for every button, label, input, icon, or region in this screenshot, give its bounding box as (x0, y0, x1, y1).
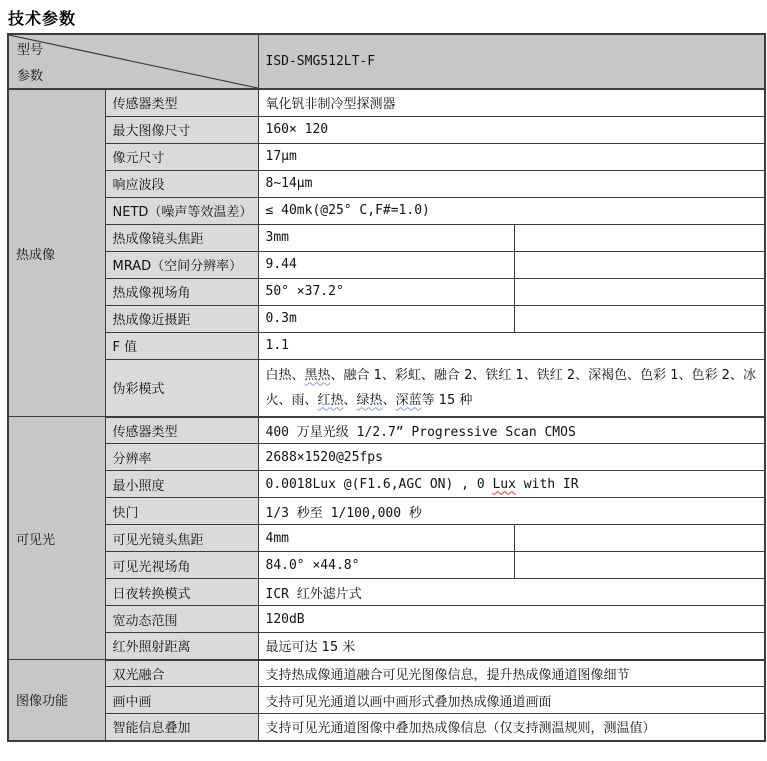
misspelled-word: 黑热 (305, 368, 331, 383)
table-row: 热成像视场角 50° ×37.2° (8, 278, 765, 305)
param-value-cell: 氧化钒非制冷型探测器 (258, 89, 765, 116)
param-label-cell: 传感器类型 (105, 89, 258, 116)
param-value-cell: 3mm (258, 224, 514, 251)
value-text: with IR (516, 477, 579, 492)
param-value-cell: 4mm (258, 525, 514, 552)
value-text: 0.0018Lux @(F1.6,AGC ON) , 0 (266, 477, 493, 492)
empty-split-cell (514, 525, 765, 552)
param-value-cell: 支持可见光通道以画中画形式叠加热成像通道画面 (258, 687, 765, 714)
diagonal-line (9, 35, 258, 88)
param-label-cell: 智能信息叠加 (105, 714, 258, 741)
table-row: NETD（噪声等效温差） ≤ 40mk(@25° C,F#=1.0) (8, 197, 765, 224)
param-label-cell: NETD（噪声等效温差） (105, 197, 258, 224)
param-value-cell: 84.0° ×44.8° (258, 552, 514, 579)
table-row: 可见光 传感器类型 400 万星光级 1/2.7” Progressive Sc… (8, 417, 765, 444)
value-text: 、 (344, 393, 357, 408)
table-row: 图像功能 双光融合 支持热成像通道融合可见光图像信息，提升热成像通道图像细节 (8, 660, 765, 687)
param-value-cell: 400 万星光级 1/2.7” Progressive Scan CMOS (258, 417, 765, 444)
model-param-corner-cell: 型号 参数 (8, 34, 258, 89)
misspelled-word: 绿热 (357, 393, 383, 408)
param-label-cell: 最大图像尺寸 (105, 116, 258, 143)
param-label-cell: 双光融合 (105, 660, 258, 687)
param-label-cell: 分辨率 (105, 444, 258, 471)
param-value-cell: ICR 红外滤片式 (258, 579, 765, 606)
table-row: 伪彩模式 白热、黑热、融合 1、彩虹、融合 2、铁红 1、铁红 2、深褐色、色彩… (8, 359, 765, 417)
param-label-cell: 宽动态范围 (105, 606, 258, 633)
param-value-cell: 支持可见光通道图像中叠加热成像信息（仅支持测温规则，测温值） (258, 714, 765, 741)
table-row: F 值 1.1 (8, 332, 765, 359)
param-label-cell: 热成像近摄距 (105, 305, 258, 332)
table-row: 热成像镜头焦距 3mm (8, 224, 765, 251)
table-row: 响应波段 8~14μm (8, 170, 765, 197)
empty-split-cell (514, 552, 765, 579)
param-label-cell: 日夜转换模式 (105, 579, 258, 606)
param-value-cell: 17μm (258, 143, 765, 170)
param-value-cell: 160× 120 (258, 116, 765, 143)
table-row: 最小照度 0.0018Lux @(F1.6,AGC ON) , 0 Lux wi… (8, 471, 765, 498)
param-value-cell: 白热、黑热、融合 1、彩虹、融合 2、铁红 1、铁红 2、深褐色、色彩 1、色彩… (258, 359, 765, 417)
table-row: 像元尺寸 17μm (8, 143, 765, 170)
param-value-cell: 50° ×37.2° (258, 278, 514, 305)
section-cell-thermal: 热成像 (8, 89, 105, 417)
table-row: 可见光镜头焦距 4mm (8, 525, 765, 552)
param-value-cell: 0.0018Lux @(F1.6,AGC ON) , 0 Lux with IR (258, 471, 765, 498)
spec-sheet-page: { "page": { "title": "技术参数" }, "table": … (0, 6, 767, 761)
param-label-cell: 响应波段 (105, 170, 258, 197)
value-text: 等 15 种 (422, 393, 473, 408)
table-row: 红外照射距离 最远可达 15 米 (8, 633, 765, 660)
spec-table: 型号 参数 ISD-SMG512LT-F 热成像 传感器类型 氧化钒非制冷型探测… (7, 33, 766, 742)
param-label-cell: 热成像镜头焦距 (105, 224, 258, 251)
table-row: 智能信息叠加 支持可见光通道图像中叠加热成像信息（仅支持测温规则，测温值） (8, 714, 765, 741)
model-number-cell: ISD-SMG512LT-F (258, 34, 765, 89)
header-row: 型号 参数 ISD-SMG512LT-F (8, 34, 765, 89)
table-row: 热成像近摄距 0.3m (8, 305, 765, 332)
section-cell-visible: 可见光 (8, 417, 105, 660)
table-row: 快门 1/3 秒至 1/100,000 秒 (8, 498, 765, 525)
table-row: 日夜转换模式 ICR 红外滤片式 (8, 579, 765, 606)
section-cell-image-functions: 图像功能 (8, 660, 105, 741)
param-value-cell: 9.44 (258, 251, 514, 278)
param-label-cell: MRAD（空间分辨率） (105, 251, 258, 278)
misspelled-word: Lux (492, 477, 515, 492)
param-value-cell: 1/3 秒至 1/100,000 秒 (258, 498, 765, 525)
table-row: 分辨率 2688×1520@25fps (8, 444, 765, 471)
table-row: MRAD（空间分辨率） 9.44 (8, 251, 765, 278)
param-value-cell: 最远可达 15 米 (258, 633, 765, 660)
param-label-cell: 画中画 (105, 687, 258, 714)
table-row: 最大图像尺寸 160× 120 (8, 116, 765, 143)
corner-label-param: 参数 (17, 65, 43, 84)
param-label-cell: 可见光镜头焦距 (105, 525, 258, 552)
param-label-cell: 传感器类型 (105, 417, 258, 444)
empty-split-cell (514, 278, 765, 305)
table-row: 宽动态范围 120dB (8, 606, 765, 633)
param-label-cell: F 值 (105, 332, 258, 359)
param-value-cell: 120dB (258, 606, 765, 633)
value-text: 白热、 (266, 368, 305, 383)
empty-split-cell (514, 224, 765, 251)
corner-label-model: 型号 (17, 39, 43, 58)
param-value-cell: 支持热成像通道融合可见光图像信息，提升热成像通道图像细节 (258, 660, 765, 687)
misspelled-word: 红热 (318, 393, 344, 408)
param-label-cell: 红外照射距离 (105, 633, 258, 660)
page-title: 技术参数 (8, 6, 767, 29)
param-label-cell: 热成像视场角 (105, 278, 258, 305)
param-label-cell: 伪彩模式 (105, 359, 258, 417)
table-row: 画中画 支持可见光通道以画中画形式叠加热成像通道画面 (8, 687, 765, 714)
param-label-cell: 可见光视场角 (105, 552, 258, 579)
param-label-cell: 最小照度 (105, 471, 258, 498)
param-value-cell: 8~14μm (258, 170, 765, 197)
param-value-cell: 2688×1520@25fps (258, 444, 765, 471)
value-text: 、 (383, 393, 396, 408)
table-row: 热成像 传感器类型 氧化钒非制冷型探测器 (8, 89, 765, 116)
table-row: 可见光视场角 84.0° ×44.8° (8, 552, 765, 579)
param-label-cell: 像元尺寸 (105, 143, 258, 170)
param-label-cell: 快门 (105, 498, 258, 525)
empty-split-cell (514, 251, 765, 278)
param-value-cell: ≤ 40mk(@25° C,F#=1.0) (258, 197, 765, 224)
param-value-cell: 1.1 (258, 332, 765, 359)
param-value-cell: 0.3m (258, 305, 514, 332)
empty-split-cell (514, 305, 765, 332)
misspelled-word: 深蓝 (396, 393, 422, 408)
